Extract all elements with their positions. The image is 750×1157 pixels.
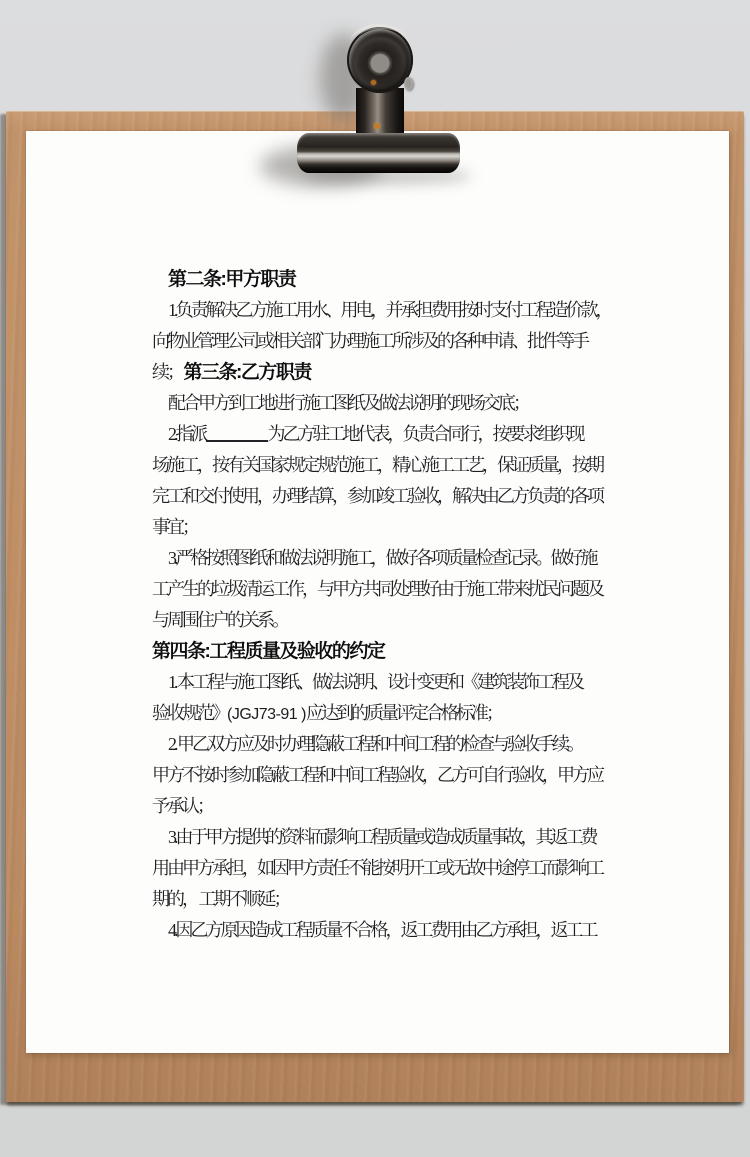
doc-line: 甲方不按时参加隐蔽工程和中间工程验收，乙方可自行验收，甲方应	[152, 760, 608, 791]
doc-line: 事宜；	[152, 512, 608, 543]
doc-text-segment: 1.负责解决乙方施工用水、用电，并承担费用按时支付工程造价款，	[168, 300, 611, 320]
doc-bold-text: 第二条:甲方职责	[168, 269, 295, 290]
doc-line: 3.严格按照图纸和做法说明施工，做好各项质量检查记录。做好施	[152, 543, 608, 574]
clip-glint-icon	[371, 80, 376, 85]
doc-text-segment: 为乙方驻工地代表，负责合同行，按要求组织现	[268, 424, 583, 444]
fill-in-blank-underline	[206, 438, 268, 442]
doc-line: 配合甲方到工地进行施工图纸及做法说明的现场交底；	[152, 388, 608, 419]
doc-text-segment: 3.由于甲方提供的资料而影响工程质量或造成质量事故，其返工费	[168, 827, 596, 847]
doc-text-segment: 4.因乙方原因造成工程质量不合格，返工费用由乙方承担，返工工	[168, 920, 596, 940]
doc-text-segment: 与周围住户的关系。	[152, 610, 287, 630]
doc-text-segment: (JGJ73-91 )	[227, 706, 306, 723]
doc-text-segment: 场施工，按有关国家规定规范施工，精心施工工艺，保证质量，按期	[152, 455, 602, 475]
doc-line: 与周围住户的关系。	[152, 605, 608, 636]
doc-text-segment: 验收规范》	[152, 703, 227, 723]
doc-line: 完工和交付使用，办理结算，参加竣工验收，解决由乙方负责的各项	[152, 481, 608, 512]
doc-text-segment: 1. 本工程与施工图纸、做法说明、设计变更和《建筑装饰工程及	[168, 672, 582, 692]
doc-line: 场施工，按有关国家规定规范施工，精心施工工艺，保证质量，按期	[152, 450, 608, 481]
doc-text-segment: 工产生的垃圾清运工作，与甲方共同处理好由于施工带来扰民问题及	[152, 579, 602, 599]
doc-line: 3.由于甲方提供的资料而影响工程质量或造成质量事故，其返工费	[152, 822, 608, 853]
doc-text-segment: 续；	[152, 362, 184, 382]
doc-line: 2. 甲乙双方应及时办理隐蔽工程和中间工程的检查与验收手续。	[152, 729, 608, 760]
doc-text-segment: 3.严格按照图纸和做法说明施工，做好各项质量检查记录。做好施	[168, 548, 596, 568]
clip-bar	[297, 133, 460, 173]
doc-line: 2.指派为乙方驻工地代表，负责合同行，按要求组织现	[152, 419, 608, 450]
doc-line: 1. 本工程与施工图纸、做法说明、设计变更和《建筑装饰工程及	[152, 667, 608, 698]
doc-line: 1.负责解决乙方施工用水、用电，并承担费用按时支付工程造价款，	[152, 295, 608, 326]
doc-text-segment: 完工和交付使用，办理结算，参加竣工验收，解决由乙方负责的各项	[152, 486, 602, 506]
clip-glint-icon	[374, 123, 380, 129]
doc-bold-text: 第四条:工程质量及验收的约定	[152, 641, 384, 662]
doc-text-segment: 期的， 工期不顺延；	[152, 889, 289, 909]
scene-background: 第二条:甲方职责1.负责解决乙方施工用水、用电，并承担费用按时支付工程造价款，向…	[0, 0, 750, 1157]
doc-text-segment: 向物业管理公司或相关部门办理施工所涉及的各种申请、批件等手	[152, 331, 587, 351]
doc-line: 工产生的垃圾清运工作，与甲方共同处理好由于施工带来扰民问题及	[152, 574, 608, 605]
doc-text-segment: 予承认；	[152, 796, 212, 816]
doc-line: 第四条:工程质量及验收的约定	[152, 636, 608, 667]
doc-text-segment: 2.指派	[168, 424, 206, 444]
doc-line: 予承认；	[152, 791, 608, 822]
clip-lever-hook	[404, 77, 413, 90]
doc-text-segment: 应达到的质量评定合格标准；	[306, 703, 501, 723]
doc-line: 用由甲方承担，如因甲方责任不能按明开工或无故中途停工而影响工	[152, 853, 608, 884]
doc-line: 4.因乙方原因造成工程质量不合格，返工费用由乙方承担，返工工	[152, 915, 608, 946]
doc-line: 向物业管理公司或相关部门办理施工所涉及的各种申请、批件等手	[152, 326, 608, 357]
doc-text-segment: 甲方不按时参加隐蔽工程和中间工程验收，乙方可自行验收，甲方应	[152, 765, 602, 785]
doc-text-segment: 用由甲方承担，如因甲方责任不能按明开工或无故中途停工而影响工	[152, 858, 602, 878]
doc-line: 第二条:甲方职责	[152, 264, 608, 295]
doc-bold-text: 第三条:乙方职责	[184, 362, 311, 383]
doc-text-segment: 2. 甲乙双方应及时办理隐蔽工程和中间工程的检查与验收手续。	[168, 734, 582, 754]
doc-text-segment: 配合甲方到工地进行施工图纸及做法说明的现场交底；	[168, 393, 528, 413]
doc-line: 验收规范》(JGJ73-91 )应达到的质量评定合格标准；	[152, 698, 608, 729]
doc-line: 续； 第三条:乙方职责	[152, 357, 608, 388]
document-text: 第二条:甲方职责1.负责解决乙方施工用水、用电，并承担费用按时支付工程造价款，向…	[152, 264, 608, 946]
doc-line: 期的， 工期不顺延；	[152, 884, 608, 915]
doc-text-segment: 事宜；	[152, 517, 197, 537]
